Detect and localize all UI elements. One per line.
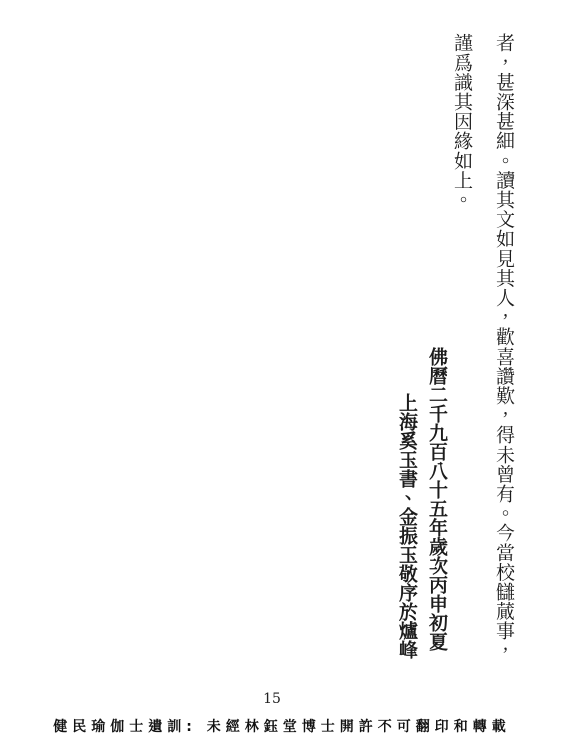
copyright-notice: 健民瑜伽士遺訓: 未經林鈺堂博士開許不可翻印和轉載: [0, 716, 564, 736]
body-text-column-1: 者，甚深甚細。讀其文如見其人，歡喜讚歎，得未曾有。今當校讎蕆事，: [494, 33, 513, 660]
book-page: 者，甚深甚細。讀其文如見其人，歡喜讚歎，得未曾有。今當校讎蕆事， 謹爲識其因緣如…: [0, 0, 564, 749]
page-number: 15: [240, 691, 304, 707]
signature-date-column: 佛曆二千九百八十五年歲次丙申初夏: [427, 347, 446, 651]
signature-names-column: 上海奚玉書、金振玉敬序於爐峰: [397, 393, 416, 659]
body-text-column-2: 謹爲識其因緣如上。: [452, 33, 471, 209]
